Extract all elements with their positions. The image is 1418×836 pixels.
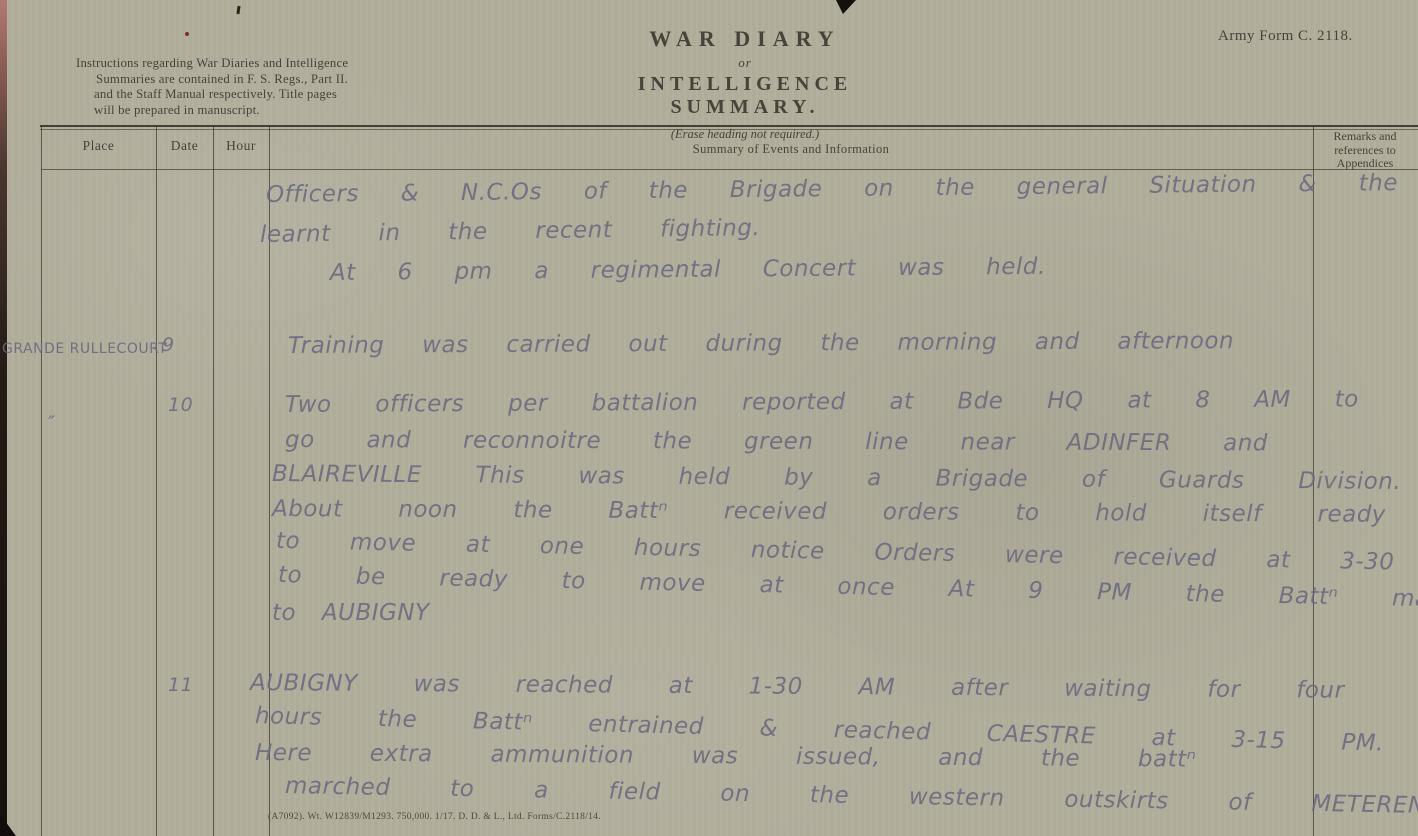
war-diary-page: Instructions regarding War Diaries and I… [0,0,1418,836]
scan-corner-mark [0,814,16,836]
diary-entry-line: Here extra ammunition was issued, and th… [255,740,1197,773]
instructions-line-2: Summaries are contained in F. S. Regs., … [76,72,406,88]
col-divider-date-hour [213,126,214,836]
form-print-code: (A7092). Wt. W12839/M1293. 750,000. 1/17… [268,812,601,822]
scan-top-notch-mark [836,0,856,14]
instructions-line-4: will be prepared in manuscript. [76,103,406,119]
page-subtitle: INTELLIGENCE SUMMARY. [560,73,930,119]
diary-continuation-line: Officers & N.C.Os of the Brigade on the … [266,169,1418,208]
col-divider-place-date [156,126,157,836]
col-header-date: Date [156,138,213,154]
col-header-summary: Summary of Events and Information [269,142,1313,157]
diary-entry-line: BLAIREVILLE This was held by a Brigade o… [272,461,1401,495]
place-entry: GRANDE RULLECOURT [2,341,167,357]
date-entry: 10 [168,394,193,416]
col-header-remarks: Remarks and references to Appendices [1315,130,1415,171]
instructions-note: Instructions regarding War Diaries and I… [76,56,406,118]
place-ditto-mark: ″ [48,412,56,434]
diary-entry-line: to AUBIGNY [272,600,430,626]
instructions-line-1: Instructions regarding War Diaries and I… [76,56,406,72]
diary-continuation-line: At 6 pm a regimental Concert was held. [330,254,1046,286]
diary-continuation-line: learnt in the recent fighting. [260,215,761,248]
date-entry: 11 [168,674,193,696]
red-speck [185,32,189,36]
table-left-border [41,126,42,836]
diary-entry-line: Two officers per battalion reported at B… [285,386,1359,418]
date-entry: 9 [162,334,175,356]
page-title: WAR DIARY [560,26,930,52]
instructions-line-3: and the Staff Manual respectively. Title… [76,87,406,103]
table-top-rule [40,125,1418,130]
title-conjunction: or [560,55,930,71]
scan-left-edge [0,0,7,836]
header-underline [41,169,1418,170]
diary-entry-line: go and reconnoitre the green line near A… [285,427,1268,456]
col-header-hour: Hour [213,138,269,154]
diary-entry-line: Training was carried out during the morn… [288,328,1234,359]
col-header-place: Place [41,138,156,154]
dark-speck [236,6,240,14]
army-form-number: Army Form C. 2118. [1218,28,1353,45]
diary-entry-line: AUBIGNY was reached at 1-30 AM after wai… [250,670,1345,704]
diary-entry-line: About noon the Battⁿ received orders to … [272,496,1386,528]
